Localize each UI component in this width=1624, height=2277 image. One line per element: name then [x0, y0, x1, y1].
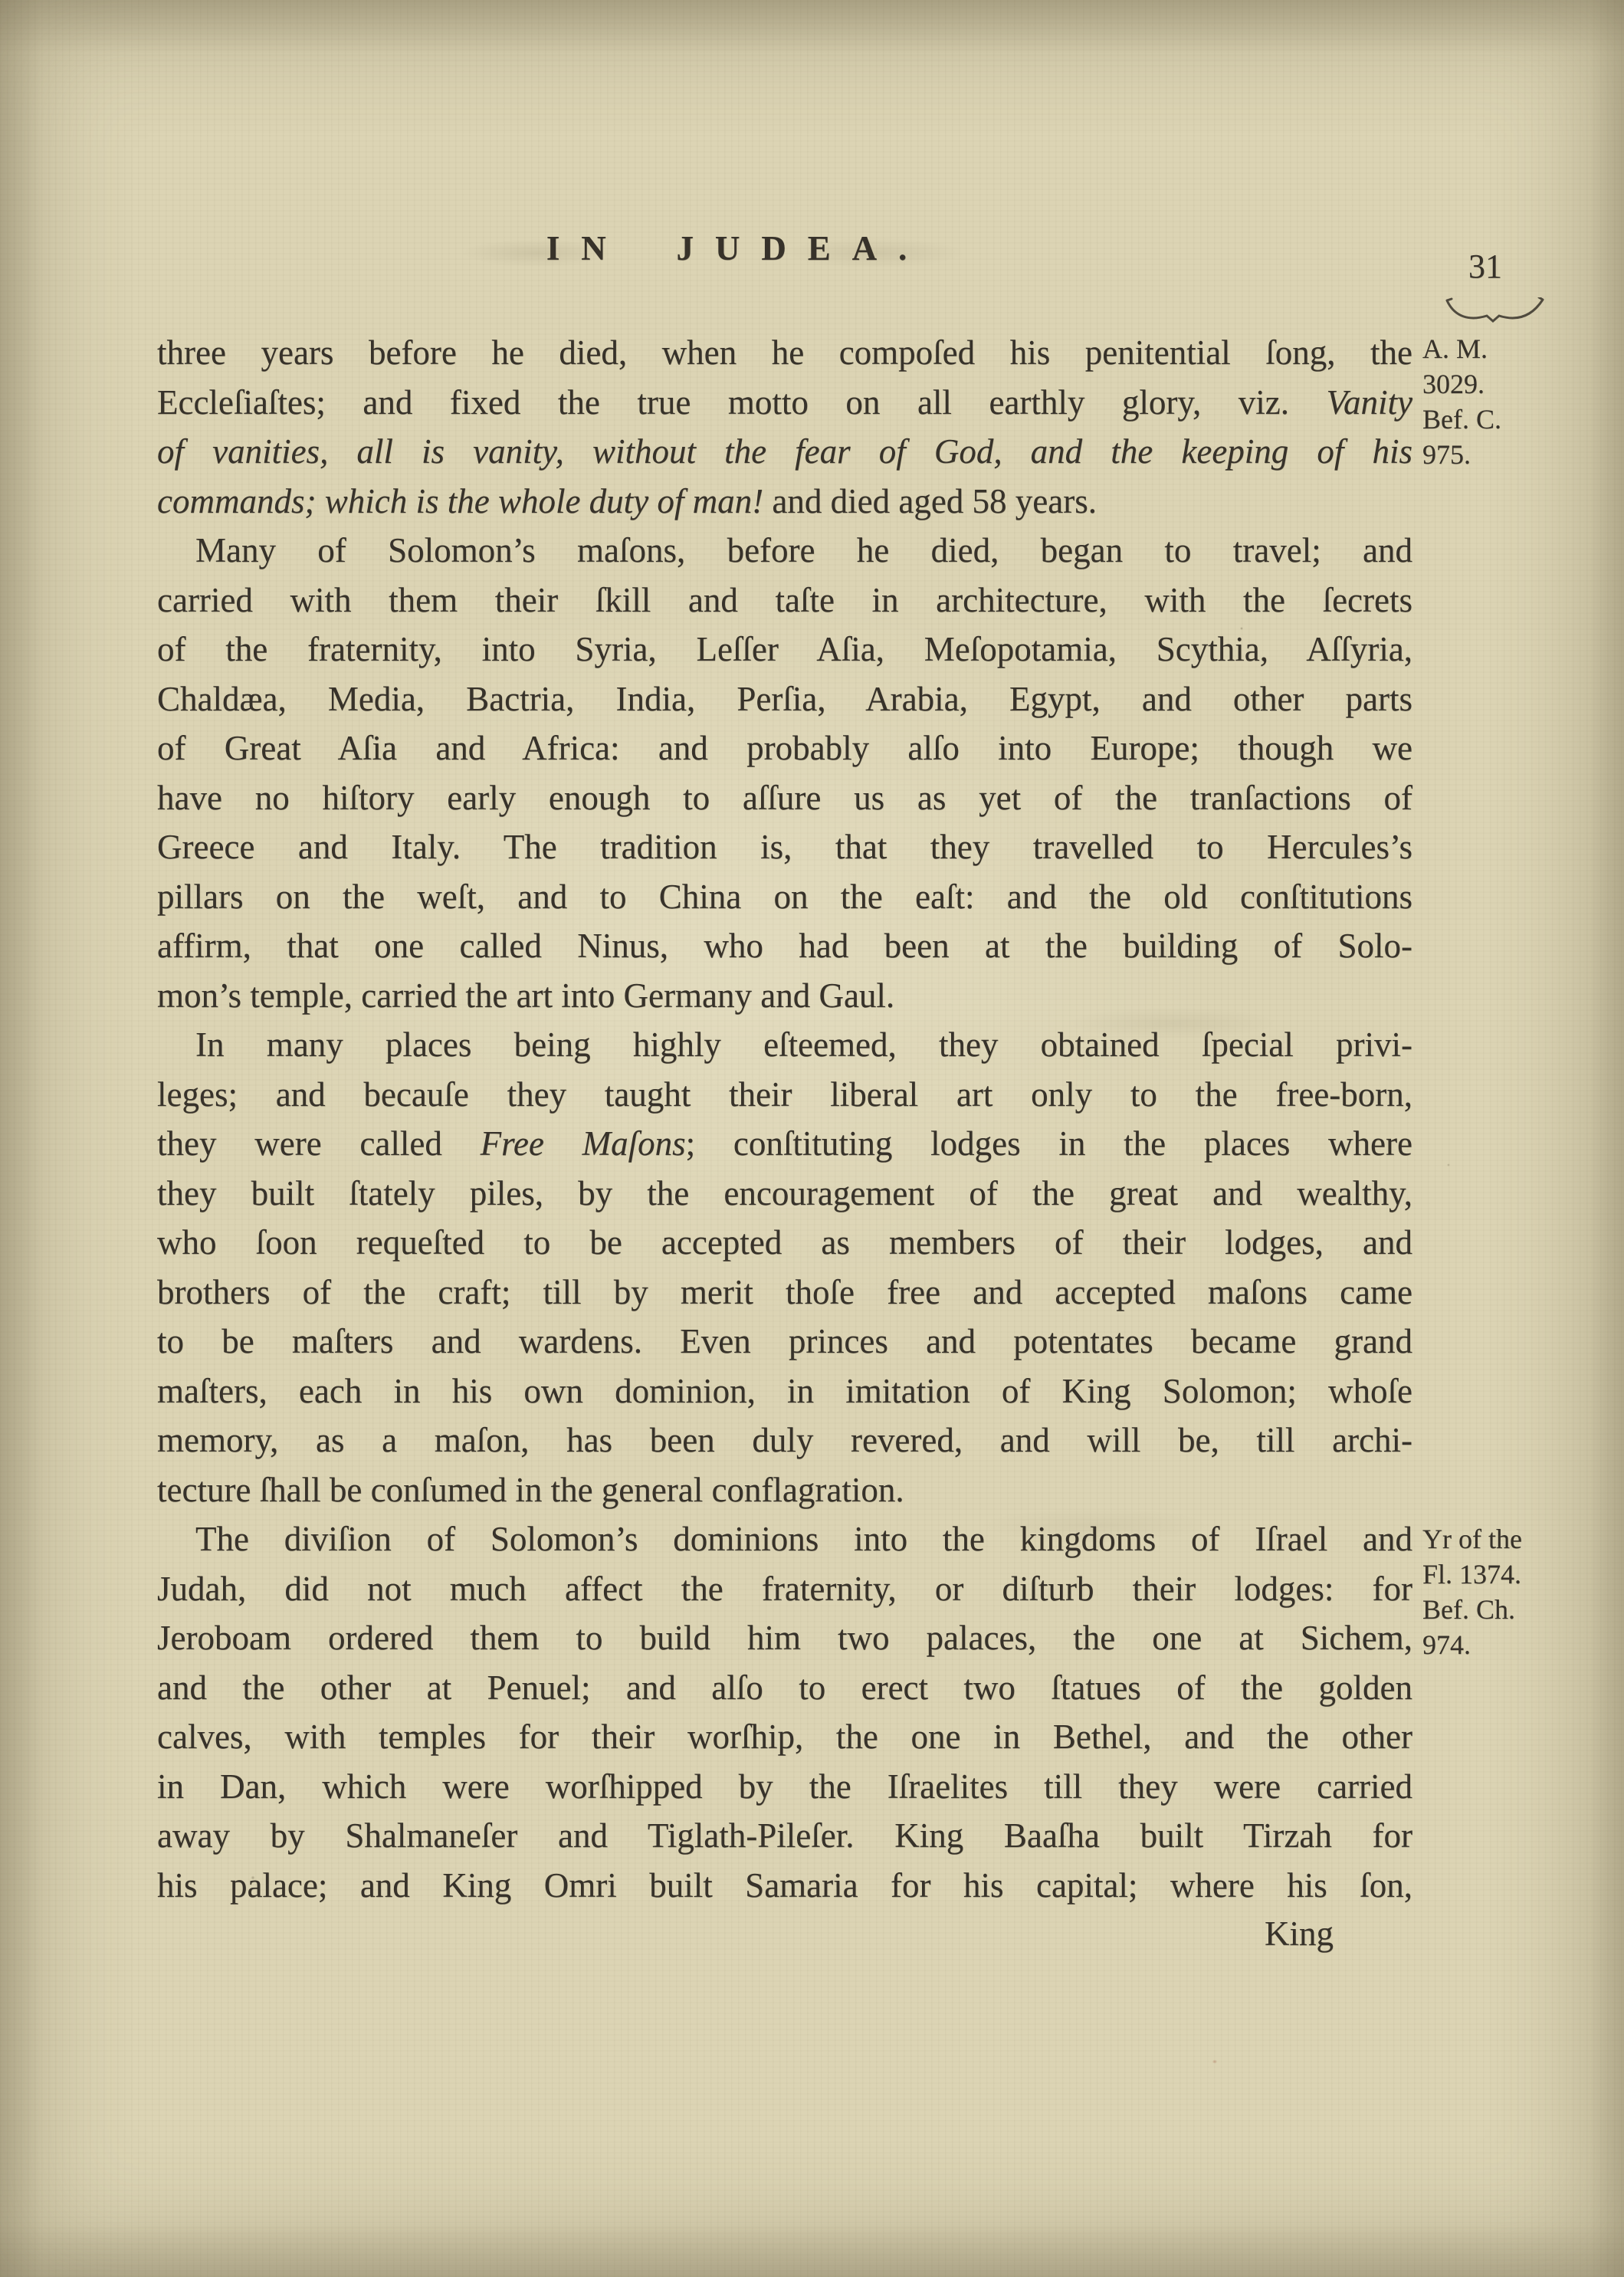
margin-note-am: A. M.3029.Bef. C.975.	[1422, 331, 1614, 472]
margin-note-line: A. M.	[1422, 331, 1614, 366]
text-line: maſters, each in his own dominion, in im…	[157, 1367, 1412, 1416]
text-line: pillars on the weſt, and to China on the…	[157, 872, 1412, 922]
text-line: who ſoon requeſted to be accepted as mem…	[157, 1218, 1412, 1268]
text-segment: affirm, that one called Ninus, who had b…	[157, 927, 1412, 965]
text-segment: carried with them their ſkill and taſte …	[157, 581, 1412, 619]
margin-note-line: Bef. Ch.	[1422, 1592, 1614, 1627]
text-segment: Greece and Italy. The tradition is, that…	[157, 828, 1412, 866]
text-segment: Judah, did not much affect the fraternit…	[157, 1570, 1412, 1608]
page-number: 31	[1468, 247, 1502, 286]
text-segment: and died aged 58 years.	[763, 482, 1097, 520]
text-line: Greece and Italy. The tradition is, that…	[157, 822, 1412, 872]
text-segment: commands; which is the whole duty of man…	[157, 482, 763, 520]
text-segment: maſters, each in his own dominion, in im…	[157, 1372, 1412, 1410]
text-line: three years before he died, when he comp…	[157, 328, 1412, 378]
margin-note-line: 975.	[1422, 437, 1614, 472]
text-segment: three years before he died, when he comp…	[157, 333, 1412, 372]
running-header: IN JUDEA.	[0, 228, 1475, 268]
text-segment: The diviſion of Solomon’s dominions into…	[195, 1520, 1412, 1558]
text-segment: Free Maſons	[481, 1124, 686, 1163]
text-line: In many places being highly eſteemed, th…	[157, 1020, 1412, 1070]
text-segment: and the other at Penuel; and alſo to ere…	[157, 1668, 1412, 1707]
text-segment: in Dan, which were worſhipped by the Iſr…	[157, 1767, 1412, 1806]
text-line: they built ſtately piles, by the encoura…	[157, 1169, 1412, 1219]
text-line: Jeroboam ordered them to build him two p…	[157, 1613, 1412, 1663]
text-line: Eccleſiaſtes; and fixed the true motto o…	[157, 378, 1412, 428]
text-line: his palace; and King Omri built Samaria …	[157, 1861, 1412, 1911]
text-segment: of Great Aſia and Africa: and probably a…	[157, 729, 1412, 767]
text-segment: Eccleſiaſtes; and fixed the true motto o…	[157, 383, 1327, 422]
text-segment: In many places being highly eſteemed, th…	[195, 1025, 1412, 1064]
margin-note-line: Yr of the	[1422, 1521, 1614, 1557]
text-segment: Vanity	[1327, 383, 1412, 422]
text-segment: away by Shalmaneſer and Tiglath-Pileſer.…	[157, 1816, 1412, 1855]
text-segment: his palace; and King Omri built Samaria …	[157, 1866, 1412, 1905]
text-segment: mon’s temple, carried the art into Germa…	[157, 976, 894, 1015]
text-line: memory, as a maſon, has been duly revere…	[157, 1416, 1412, 1465]
text-segment: calves, with temples for their worſhip, …	[157, 1718, 1412, 1756]
text-line: commands; which is the whole duty of man…	[157, 477, 1412, 527]
text-segment: pillars on the weſt, and to China on the…	[157, 878, 1412, 916]
text-segment: Chaldæa, Media, Bactria, India, Perſia, …	[157, 680, 1412, 718]
text-line: of Great Aſia and Africa: and probably a…	[157, 723, 1412, 773]
text-line: leges; and becauſe they taught their lib…	[157, 1070, 1412, 1120]
text-segment: they built ſtately piles, by the encoura…	[157, 1174, 1412, 1212]
text-line: tecture ſhall be conſumed in the general…	[157, 1465, 1412, 1515]
text-line: affirm, that one called Ninus, who had b…	[157, 921, 1412, 971]
text-line: carried with them their ſkill and taſte …	[157, 576, 1412, 625]
text-segment: tecture ſhall be conſumed in the general…	[157, 1471, 904, 1509]
margin-note-yr: Yr of theFl. 1374.Bef. Ch.974.	[1422, 1521, 1614, 1662]
text-line: calves, with temples for their worſhip, …	[157, 1712, 1412, 1762]
text-line: The diviſion of Solomon’s dominions into…	[157, 1514, 1412, 1564]
text-line: away by Shalmaneſer and Tiglath-Pileſer.…	[157, 1811, 1412, 1861]
text-line: they were called Free Maſons; conſtituti…	[157, 1119, 1412, 1169]
margin-note-line: Fl. 1374.	[1422, 1557, 1614, 1592]
text-line: to be maſters and wardens. Even princes …	[157, 1317, 1412, 1367]
text-segment: have no hiſtory early enough to aſſure u…	[157, 779, 1412, 817]
text-line: and the other at Penuel; and alſo to ere…	[157, 1663, 1412, 1713]
text-segment: who ſoon requeſted to be accepted as mem…	[157, 1223, 1412, 1262]
text-line: Chaldæa, Media, Bactria, India, Perſia, …	[157, 674, 1412, 724]
text-segment: Many of Solomon’s maſons, before he died…	[195, 531, 1412, 569]
margin-note-line: 974.	[1422, 1627, 1614, 1662]
text-segment: of vanities, all is vanity, without the …	[157, 432, 1412, 471]
catchword: King	[157, 1914, 1334, 1954]
text-line: in Dan, which were worſhipped by the Iſr…	[157, 1762, 1412, 1812]
text-line: mon’s temple, carried the art into Germa…	[157, 971, 1412, 1021]
text-line: Many of Solomon’s maſons, before he died…	[157, 526, 1412, 576]
page-number-swash-icon	[1444, 297, 1548, 325]
text-segment: memory, as a maſon, has been duly revere…	[157, 1421, 1412, 1459]
text-segment: ; conſtituting lodges in the places wher…	[686, 1124, 1412, 1163]
book-page: IN JUDEA. 31 three years before he died,…	[0, 0, 1624, 2277]
text-line: have no hiſtory early enough to aſſure u…	[157, 773, 1412, 823]
text-segment: to be maſters and wardens. Even princes …	[157, 1322, 1412, 1360]
text-segment: brothers of the craft; till by merit tho…	[157, 1273, 1412, 1311]
text-line: Judah, did not much affect the fraternit…	[157, 1564, 1412, 1614]
body-text: three years before he died, when he comp…	[157, 328, 1412, 1910]
text-line: of vanities, all is vanity, without the …	[157, 427, 1412, 477]
margin-note-line: 3029.	[1422, 366, 1614, 402]
text-segment: Jeroboam ordered them to build him two p…	[157, 1619, 1412, 1657]
text-line: brothers of the craft; till by merit tho…	[157, 1268, 1412, 1317]
margin-note-line: Bef. C.	[1422, 402, 1614, 437]
text-segment: they were called	[157, 1124, 481, 1163]
text-line: of the fraternity, into Syria, Leſſer Aſ…	[157, 625, 1412, 674]
text-segment: of the fraternity, into Syria, Leſſer Aſ…	[157, 630, 1412, 668]
text-segment: leges; and becauſe they taught their lib…	[157, 1075, 1412, 1114]
